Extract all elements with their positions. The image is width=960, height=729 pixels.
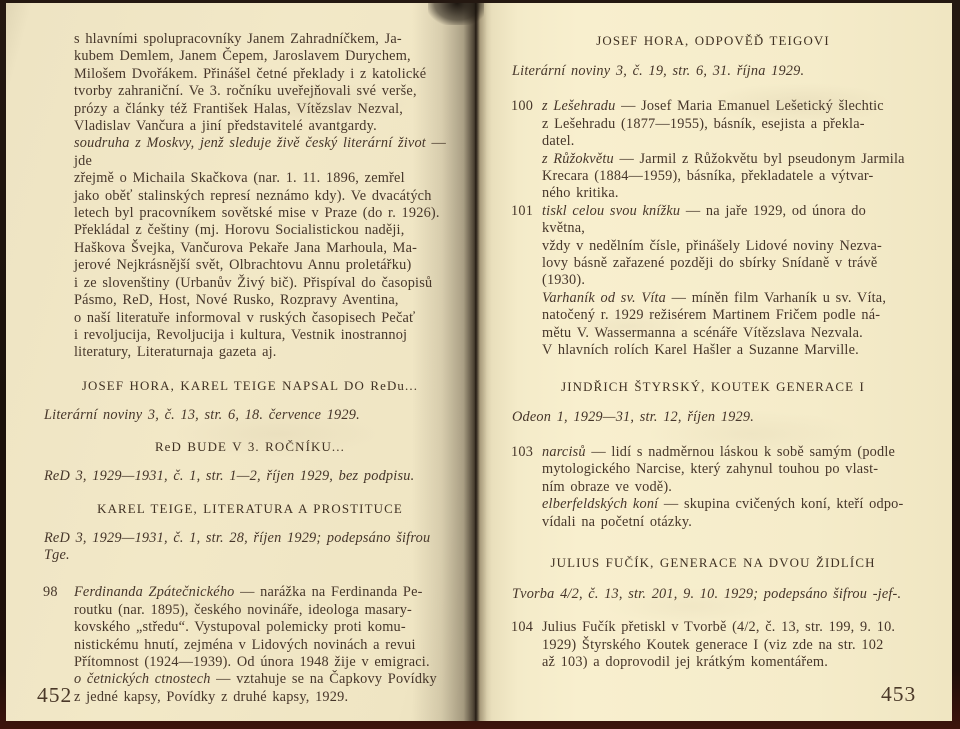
bibliographic-source: Literární noviny 3, č. 19, str. 6, 31. ř…: [512, 63, 914, 80]
note-lead-italic: elberfeldských koní: [542, 496, 658, 512]
bibliographic-source: ReD 3, 1929—1931, č. 1, str. 28, říjen 1…: [44, 530, 456, 565]
note-lead-italic: Ferdinanda Zpátečnického: [74, 584, 235, 600]
annotation-note-100: 100z Lešehradu — Josef Maria Emanuel Leš…: [542, 98, 914, 202]
bibliographic-source: ReD 3, 1929—1931, č. 1, str. 1—2, říjen …: [44, 468, 456, 485]
section-heading-hora-odpoved: JOSEF HORA, ODPOVĚĎ TEIGOVI: [512, 33, 914, 49]
note-lead-italic: z Lešehradu: [542, 98, 616, 114]
section-heading-red-bude: ReD BUDE V 3. ROČNÍKU...: [44, 439, 456, 455]
note-number: 101: [511, 203, 533, 220]
annotation-note-104: 104Julius Fučík přetiskl v Tvorbě (4/2, …: [542, 619, 914, 671]
note-lead-italic: o četnických ctnostech: [74, 671, 211, 687]
note-lead-italic: Varhaník od sv. Víta: [542, 290, 666, 306]
bibliographic-source: Odeon 1, 1929—31, str. 12, říjen 1929.: [512, 409, 914, 426]
section-heading-hora-teige: JOSEF HORA, KAREL TEIGE NAPSAL DO ReDu..…: [44, 378, 456, 394]
note-lead-italic: tiskl celou svou knížku: [542, 203, 680, 219]
right-page-text-column: JOSEF HORA, ODPOVĚĎ TEIGOVI Literární no…: [512, 33, 914, 672]
left-page-text-column: s hlavními spolupracovníky Janem Zahradn…: [44, 31, 456, 706]
annotation-note-103: 103narcisů — lidí s nadměrnou láskou k s…: [542, 444, 914, 531]
annotation-note-101: 101tiskl celou svou knížku — na jaře 192…: [542, 203, 914, 360]
book-scan: s hlavními spolupracovníky Janem Zahradn…: [0, 0, 960, 729]
bibliographic-source: Tvorba 4/2, č. 13, str. 201, 9. 10. 1929…: [512, 586, 914, 603]
note-number: 100: [511, 98, 533, 115]
note-text: — lidí s nadměrnou láskou k sobě samým (…: [542, 444, 895, 495]
note-text: — jde zřejmě o Michaila Skačkova (nar. 1…: [74, 135, 446, 360]
section-heading-fucik: JULIUS FUČÍK, GENERACE NA DVOU ŽIDLÍCH: [512, 555, 914, 571]
page-number-left: 452: [37, 683, 72, 708]
note-number: 103: [511, 444, 533, 461]
note-lead-italic: soudruha z Moskvy, jenž sleduje živě čes…: [74, 135, 426, 151]
right-page: JOSEF HORA, ODPOVĚĎ TEIGOVI Literární no…: [475, 3, 952, 721]
note-lead-italic: narcisů: [542, 444, 586, 460]
left-page: s hlavními spolupracovníky Janem Zahradn…: [6, 3, 475, 721]
bibliographic-source: Literární noviny 3, č. 13, str. 6, 18. č…: [44, 407, 456, 424]
section-heading-teige-literatura: KAREL TEIGE, LITERATURA A PROSTITUCE: [44, 501, 456, 517]
paragraph-continuation: s hlavními spolupracovníky Janem Zahradn…: [74, 31, 456, 135]
note-number: 104: [511, 619, 533, 636]
section-heading-styrsky: JINDŘICH ŠTYRSKÝ, KOUTEK GENERACE I: [512, 379, 914, 395]
page-number-right: 453: [881, 682, 916, 707]
annotation-note-moskvy: soudruha z Moskvy, jenž sleduje živě čes…: [74, 135, 456, 361]
annotation-note-98: 98Ferdinanda Zpátečnického — narážka na …: [74, 584, 456, 706]
note-lead-italic: z Růžokvětu: [542, 151, 614, 167]
note-text: Julius Fučík přetiskl v Tvorbě (4/2, č. …: [542, 619, 895, 670]
note-number: 98: [43, 584, 58, 601]
